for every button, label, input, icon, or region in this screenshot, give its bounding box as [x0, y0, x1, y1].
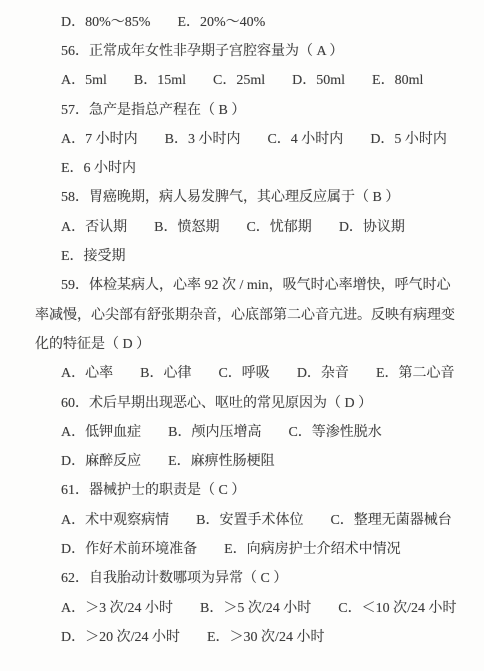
option-item: D．作好术前环境准备: [61, 538, 197, 558]
options-line: E．接受期: [0, 240, 484, 269]
option-item: A．心率: [61, 362, 113, 382]
options-line: D．麻醉反应E．麻痹性肠梗阻: [0, 445, 484, 474]
options-line: A．心率B．心律C．呼吸D．杂音E．第二心音: [0, 358, 484, 387]
question-continuation-line: 化的特征是（ D ）: [0, 328, 484, 357]
question-line: 56．正常成年女性非孕期子宫腔容量为（ A ）: [0, 35, 484, 64]
options-line: A．＞3 次/24 小时B．＞5 次/24 小时C．＜10 次/24 小时: [0, 592, 484, 621]
option-item: C．25ml: [213, 69, 265, 89]
option-item: D．协议期: [339, 216, 405, 236]
options-line: A．5mlB．15mlC．25mlD．50mlE．80ml: [0, 65, 484, 94]
option-item: E．6 小时内: [61, 157, 136, 177]
option-item: D．80%～85%: [61, 11, 150, 31]
option-item: A．否认期: [61, 216, 127, 236]
option-item: E．20%～40%: [177, 11, 265, 31]
question-continuation-line: 率减慢，心尖部有舒张期杂音，心底部第二心音亢进。反映有病理变: [0, 299, 484, 328]
options-line: D．作好术前环境准备E．向病房护士介绍术中情况: [0, 533, 484, 562]
options-line: A．否认期B．愤怒期C．忧郁期D．协议期: [0, 211, 484, 240]
option-item: C．＜10 次/24 小时: [338, 597, 456, 617]
exam-document-page: D．80%～85%E．20%～40%56．正常成年女性非孕期子宫腔容量为（ A …: [0, 0, 484, 671]
option-item: C．4 小时内: [267, 128, 343, 148]
option-item: A．术中观察病情: [61, 509, 169, 529]
option-item: A．＞3 次/24 小时: [61, 597, 173, 617]
options-line: A．术中观察病情B．安置手术体位C．整理无菌器械台: [0, 504, 484, 533]
options-line: A．7 小时内B．3 小时内C．4 小时内D．5 小时内: [0, 123, 484, 152]
option-item: B．3 小时内: [165, 128, 241, 148]
question-line: 60．术后早期出现恶心、呕吐的常见原因为（ D ）: [0, 387, 484, 416]
option-item: C．忧郁期: [246, 216, 311, 236]
option-item: E．80ml: [372, 69, 423, 89]
option-item: E．第二心音: [376, 362, 455, 382]
option-item: C．呼吸: [218, 362, 269, 382]
option-item: C．整理无菌器械台: [330, 509, 451, 529]
option-item: A．低钾血症: [61, 421, 141, 441]
option-item: D．5 小时内: [370, 128, 447, 148]
options-line: E．6 小时内: [0, 152, 484, 181]
option-item: E．向病房护士介绍术中情况: [224, 538, 401, 558]
option-item: A．5ml: [61, 69, 107, 89]
option-item: D．＞20 次/24 小时: [61, 626, 180, 646]
option-item: B．＞5 次/24 小时: [200, 597, 311, 617]
options-line: D．80%～85%E．20%～40%: [0, 6, 484, 35]
question-line: 61．器械护士的职责是（ C ）: [0, 475, 484, 504]
option-item: E．接受期: [61, 245, 126, 265]
option-item: B．心律: [140, 362, 191, 382]
option-item: D．杂音: [297, 362, 349, 382]
option-item: B．15ml: [134, 69, 186, 89]
option-item: A．7 小时内: [61, 128, 138, 148]
options-line: A．低钾血症B．颅内压增高C．等渗性脱水: [0, 416, 484, 445]
option-item: C．等渗性脱水: [288, 421, 381, 441]
question-line: 58．胃癌晚期，病人易发脾气，其心理反应属于（ B ）: [0, 182, 484, 211]
option-item: D．麻醉反应: [61, 450, 141, 470]
option-item: E．＞30 次/24 小时: [207, 626, 324, 646]
options-line: D．＞20 次/24 小时E．＞30 次/24 小时: [0, 621, 484, 650]
question-line: 62．自我胎动计数哪项为异常（ C ）: [0, 563, 484, 592]
option-item: B．颅内压增高: [168, 421, 261, 441]
option-item: D．50ml: [292, 69, 345, 89]
option-item: B．愤怒期: [154, 216, 219, 236]
question-line: 59．体检某病人，心率 92 次 / min，吸气时心率增快，呼气时心: [0, 270, 484, 299]
question-line: 57．急产是指总产程在（ B ）: [0, 94, 484, 123]
option-item: B．安置手术体位: [196, 509, 303, 529]
option-item: E．麻痹性肠梗阻: [168, 450, 275, 470]
